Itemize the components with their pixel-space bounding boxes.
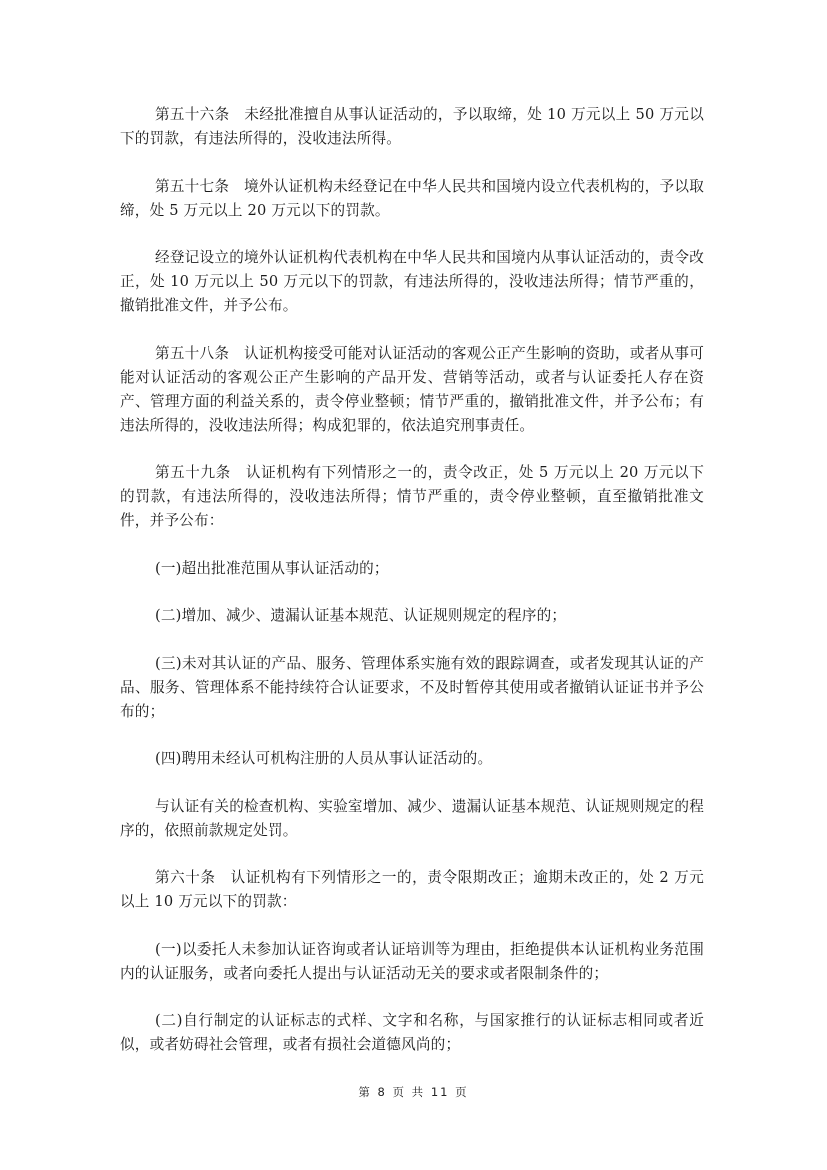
article-59-item-2: (二)增加、减少、遗漏认证基本规范、认证规则规定的程序的； <box>120 604 704 628</box>
article-60-item-1: (一)以委托人未参加认证咨询或者认证培训等为理由，拒绝提供本认证机构业务范围内的… <box>120 938 704 986</box>
article-60-item-2: (二)自行制定的认证标志的式样、文字和名称，与国家推行的认证标志相同或者近似，或… <box>120 1009 704 1057</box>
article-57: 第五十七条 境外认证机构未经登记在中华人民共和国境内设立代表机构的，予以取缔，处… <box>120 175 704 223</box>
article-59-clause-2: 与认证有关的检查机构、实验室增加、减少、遗漏认证基本规范、认证规则规定的程序的，… <box>120 795 704 843</box>
article-58: 第五十八条 认证机构接受可能对认证活动的客观公正产生影响的资助，或者从事可能对认… <box>120 342 704 438</box>
article-59-item-3: (三)未对其认证的产品、服务、管理体系实施有效的跟踪调查，或者发现其认证的产品、… <box>120 652 704 724</box>
article-56: 第五十六条 未经批准擅自从事认证活动的，予以取缔，处 10 万元以上 50 万元… <box>120 103 704 151</box>
article-57-clause-2: 经登记设立的境外认证机构代表机构在中华人民共和国境内从事认证活动的，责令改正，处… <box>120 246 704 318</box>
article-60: 第六十条 认证机构有下列情形之一的，责令限期改正；逾期未改正的，处 2 万元以上… <box>120 866 704 914</box>
article-59-item-4: (四)聘用未经认可机构注册的人员从事认证活动的。 <box>120 747 704 771</box>
document-page: 第五十六条 未经批准擅自从事认证活动的，予以取缔，处 10 万元以上 50 万元… <box>120 103 704 1081</box>
article-59-item-1: (一)超出批准范围从事认证活动的； <box>120 557 704 581</box>
article-59: 第五十九条 认证机构有下列情形之一的，责令改正，处 5 万元以上 20 万元以下… <box>120 461 704 533</box>
page-number: 第 8 页 共 11 页 <box>0 1084 827 1100</box>
